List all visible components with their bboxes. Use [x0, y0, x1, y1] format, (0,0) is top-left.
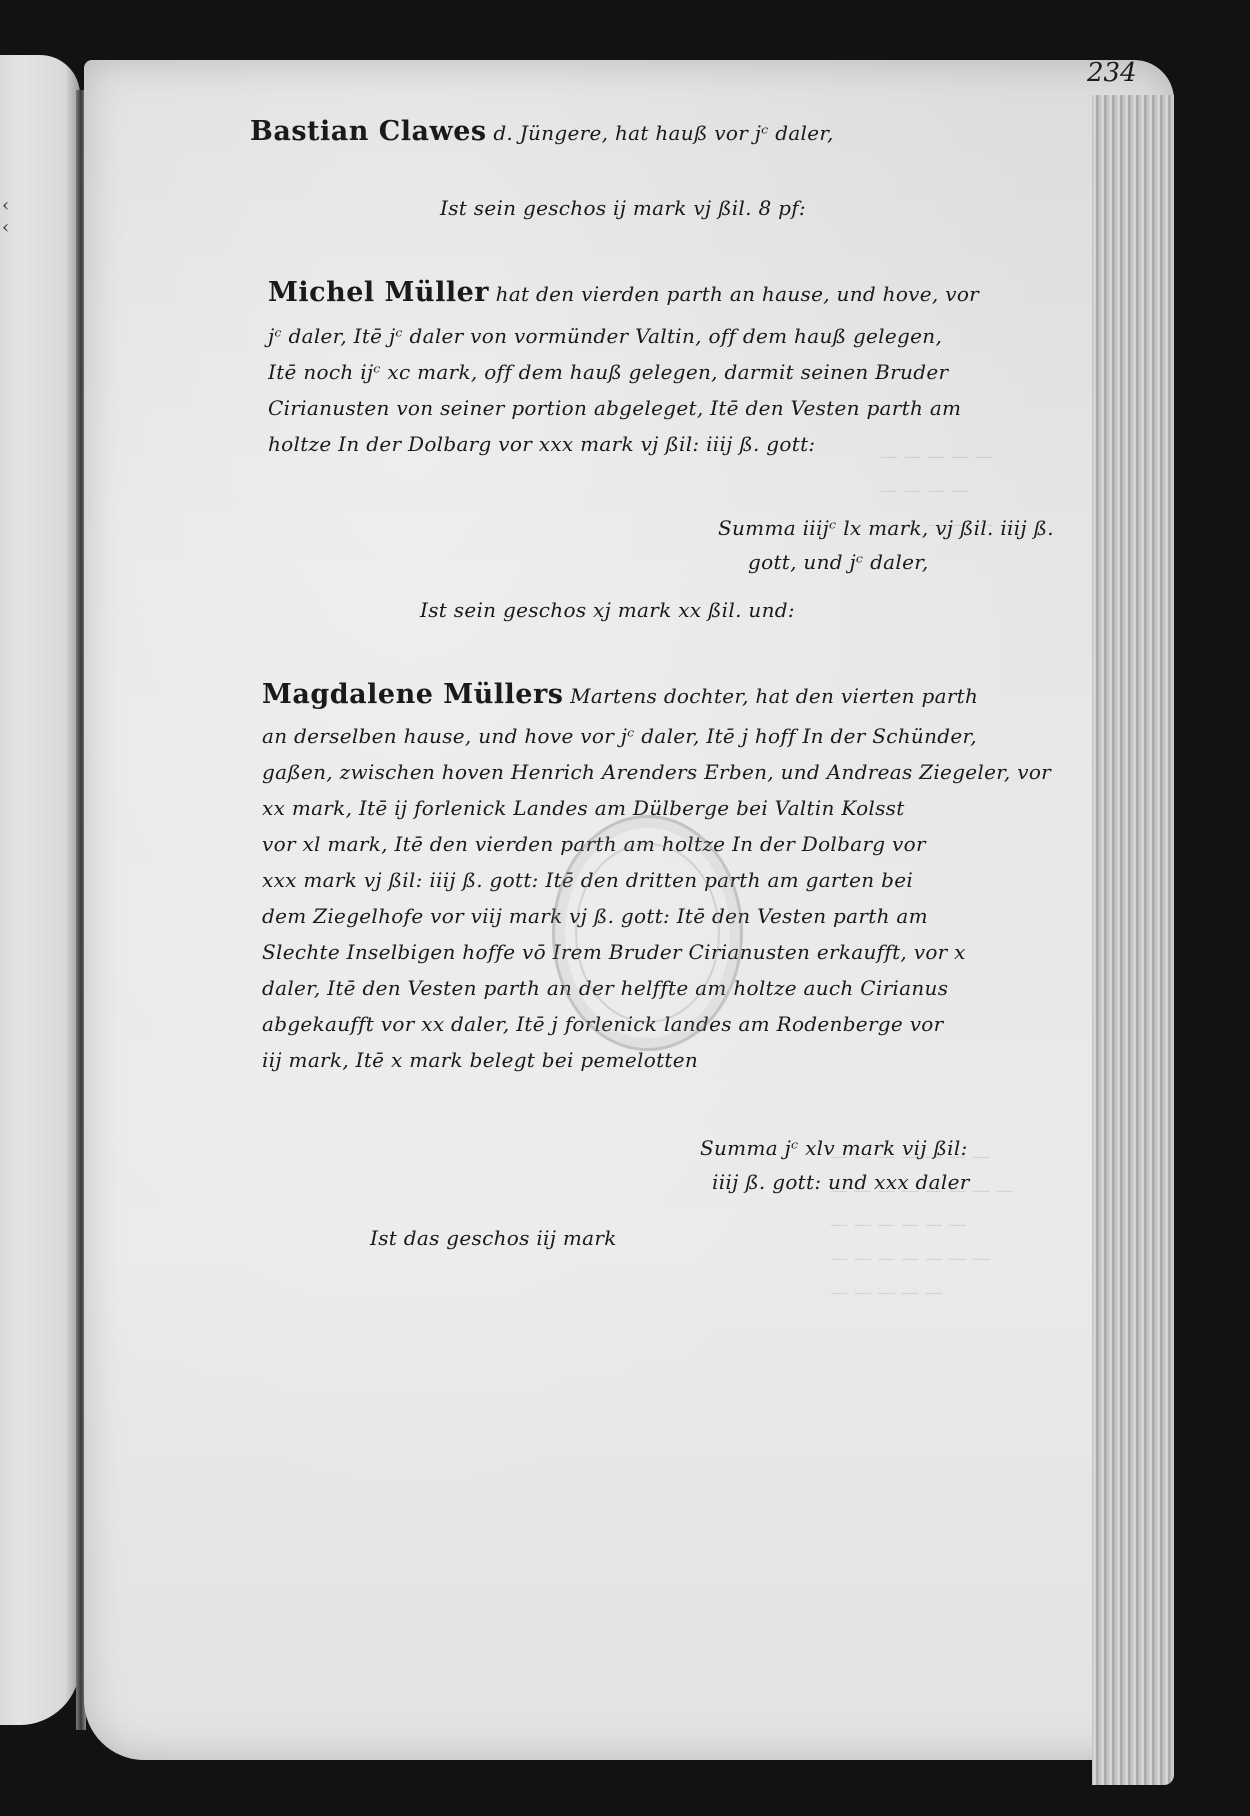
- entry-1-conclusion: Ist sein geschos ij mark vj ßil. 8 pf:: [440, 188, 806, 228]
- entry-1-line: d. Jüngere, hat hauß vor jᶜ daler,: [493, 121, 833, 145]
- entry-2-line: Itē noch ijᶜ xc mark, off dem hauß geleg…: [268, 352, 948, 392]
- entry-1-name: Bastian Clawes: [250, 116, 487, 147]
- entry-2-conclusion: Ist sein geschos xj mark xx ßil. und:: [420, 590, 795, 630]
- entry-3-line: an derselben hause, und hove vor jᶜ dale…: [262, 716, 977, 756]
- folio-number: 234: [1087, 58, 1137, 88]
- entry-3-line: Martens dochter, hat den vierten parth: [570, 684, 978, 708]
- entry-2-name: Michel Müller: [268, 277, 489, 308]
- left-page-marginalia: ‹‹: [2, 195, 9, 239]
- entry-2-line: Cirianusten von seiner portion abgeleget…: [268, 388, 961, 428]
- entry-3-line: xx mark, Itē ij forlenick Landes am Dülb…: [262, 788, 905, 828]
- entry-3-header: Magdalene Müllers Martens dochter, hat d…: [262, 675, 978, 716]
- entry-2-header: Michel Müller hat den vierden parth an h…: [268, 273, 979, 314]
- facing-left-page: ‹‹: [0, 55, 80, 1725]
- entry-3-summa: iiij ß. gott: und xxx daler: [712, 1162, 970, 1202]
- archive-seal-stamp: [552, 815, 743, 1051]
- entry-1-header: Bastian Clawes d. Jüngere, hat hauß vor …: [250, 112, 834, 153]
- entry-2-line: jᶜ daler, Itē jᶜ daler von vormünder Val…: [268, 316, 942, 356]
- entry-2-line: holtze In der Dolbarg vor xxx mark vj ßi…: [268, 424, 815, 464]
- entry-3-line: gaßen, zwischen hoven Henrich Arenders E…: [262, 752, 1051, 792]
- entry-2-summa: gott, und jᶜ daler,: [748, 542, 929, 582]
- entry-2-line: hat den vierden parth an hause, und hove…: [496, 282, 979, 306]
- entry-3-name: Magdalene Müllers: [262, 679, 563, 710]
- archive-seal-inner-ring: [575, 843, 720, 1023]
- page-edges: [1092, 95, 1174, 1785]
- entry-3-conclusion: Ist das geschos iij mark: [370, 1218, 617, 1258]
